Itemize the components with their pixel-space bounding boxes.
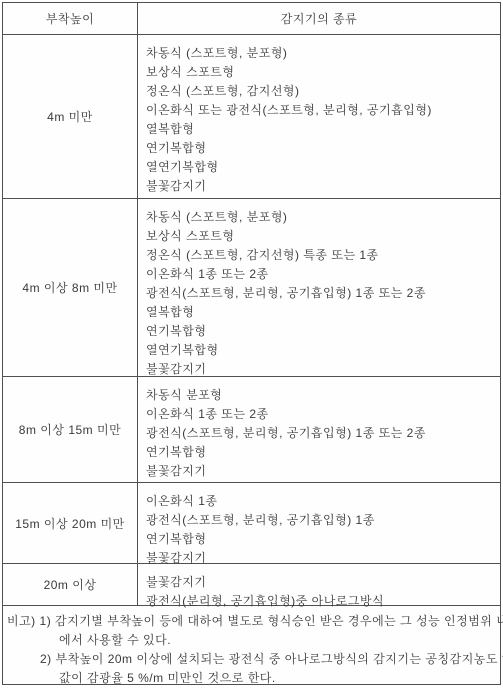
header-type-column: 감지기의 종류	[138, 3, 500, 34]
detector-height-table: 부착높이 감지기의 종류 4m 미만 차동식 (스포트형, 분포형) 보상식 스…	[2, 2, 501, 685]
row-detector-list: 차동식 분포형 이온화식 1종 또는 2종 광전식(스포트형, 분리형, 공기흡…	[138, 377, 500, 482]
detector-line: 차동식 (스포트형, 분포형)	[146, 208, 494, 227]
detector-line: 열복합형	[146, 303, 494, 322]
table-row: 15m 이상 20m 미만 이온화식 1종 광전식(스포트형, 분리형, 공기흡…	[3, 483, 500, 564]
detector-line: 불꽃감지기	[146, 462, 494, 481]
detector-line: 불꽃감지기	[146, 177, 494, 196]
row-detector-list: 차동식 (스포트형, 분포형) 보상식 스포트형 정온식 (스포트형, 감지선형…	[138, 199, 500, 376]
detector-line: 광전식(분리형, 공기흡입형)중 아나로그방식	[146, 592, 494, 611]
note-line: 2) 부착높이 20m 이상에 설치되는 광전식 중 아나로그방식의 감지기는 …	[40, 650, 496, 669]
detector-line: 열복합형	[146, 120, 494, 139]
detector-line: 불꽃감지기	[146, 573, 494, 592]
notes-section: 비고) 1) 감지기별 부착높이 등에 대하여 별도로 형식승인 받은 경우에는…	[3, 606, 500, 684]
table-row: 4m 이상 8m 미만 차동식 (스포트형, 분포형) 보상식 스포트형 정온식…	[3, 199, 500, 377]
note-line: 비고) 1) 감지기별 부착높이 등에 대하여 별도로 형식승인 받은 경우에는…	[7, 612, 496, 631]
table-row: 20m 이상 불꽃감지기 광전식(분리형, 공기흡입형)중 아나로그방식	[3, 564, 500, 606]
detector-line: 보상식 스포트형	[146, 227, 494, 246]
detector-line: 연기복합형	[146, 139, 494, 158]
row-height-label: 20m 이상	[3, 564, 138, 605]
table-header-row: 부착높이 감지기의 종류	[3, 3, 500, 35]
detector-line: 차동식 분포형	[146, 386, 494, 405]
detector-line: 광전식(스포트형, 분리형, 공기흡입형) 1종 또는 2종	[146, 424, 494, 443]
table-row: 8m 이상 15m 미만 차동식 분포형 이온화식 1종 또는 2종 광전식(스…	[3, 377, 500, 483]
row-height-label: 4m 미만	[3, 35, 138, 198]
row-detector-list: 이온화식 1종 광전식(스포트형, 분리형, 공기흡입형) 1종 연기복합형 불…	[138, 483, 500, 563]
header-height-column: 부착높이	[3, 3, 138, 34]
detector-line: 열연기복합형	[146, 341, 494, 360]
detector-line: 열연기복합형	[146, 158, 494, 177]
detector-line: 연기복합형	[146, 530, 494, 549]
detector-line: 광전식(스포트형, 분리형, 공기흡입형) 1종 또는 2종	[146, 284, 494, 303]
row-height-label: 4m 이상 8m 미만	[3, 199, 138, 376]
detector-line: 정온식 (스포트형, 감지선형)	[146, 82, 494, 101]
row-detector-list: 불꽃감지기 광전식(분리형, 공기흡입형)중 아나로그방식	[138, 564, 500, 605]
detector-line: 연기복합형	[146, 322, 494, 341]
detector-line: 이온화식 1종 또는 2종	[146, 265, 494, 284]
detector-line: 정온식 (스포트형, 감지선형) 특종 또는 1종	[146, 246, 494, 265]
row-height-label: 15m 이상 20m 미만	[3, 483, 138, 563]
table-row: 4m 미만 차동식 (스포트형, 분포형) 보상식 스포트형 정온식 (스포트형…	[3, 35, 500, 199]
row-detector-list: 차동식 (스포트형, 분포형) 보상식 스포트형 정온식 (스포트형, 감지선형…	[138, 35, 500, 198]
note-line: 값이 감광율 5 %/m 미만인 것으로 한다.	[59, 669, 496, 688]
detector-line: 보상식 스포트형	[146, 63, 494, 82]
detector-line: 이온화식 1종	[146, 492, 494, 511]
note-line: 에서 사용할 수 있다.	[59, 631, 496, 650]
detector-line: 광전식(스포트형, 분리형, 공기흡입형) 1종	[146, 511, 494, 530]
detector-line: 연기복합형	[146, 443, 494, 462]
detector-line: 차동식 (스포트형, 분포형)	[146, 44, 494, 63]
detector-line: 이온화식 또는 광전식(스포트형, 분리형, 공기흡입형)	[146, 101, 494, 120]
detector-line: 이온화식 1종 또는 2종	[146, 405, 494, 424]
row-height-label: 8m 이상 15m 미만	[3, 377, 138, 482]
